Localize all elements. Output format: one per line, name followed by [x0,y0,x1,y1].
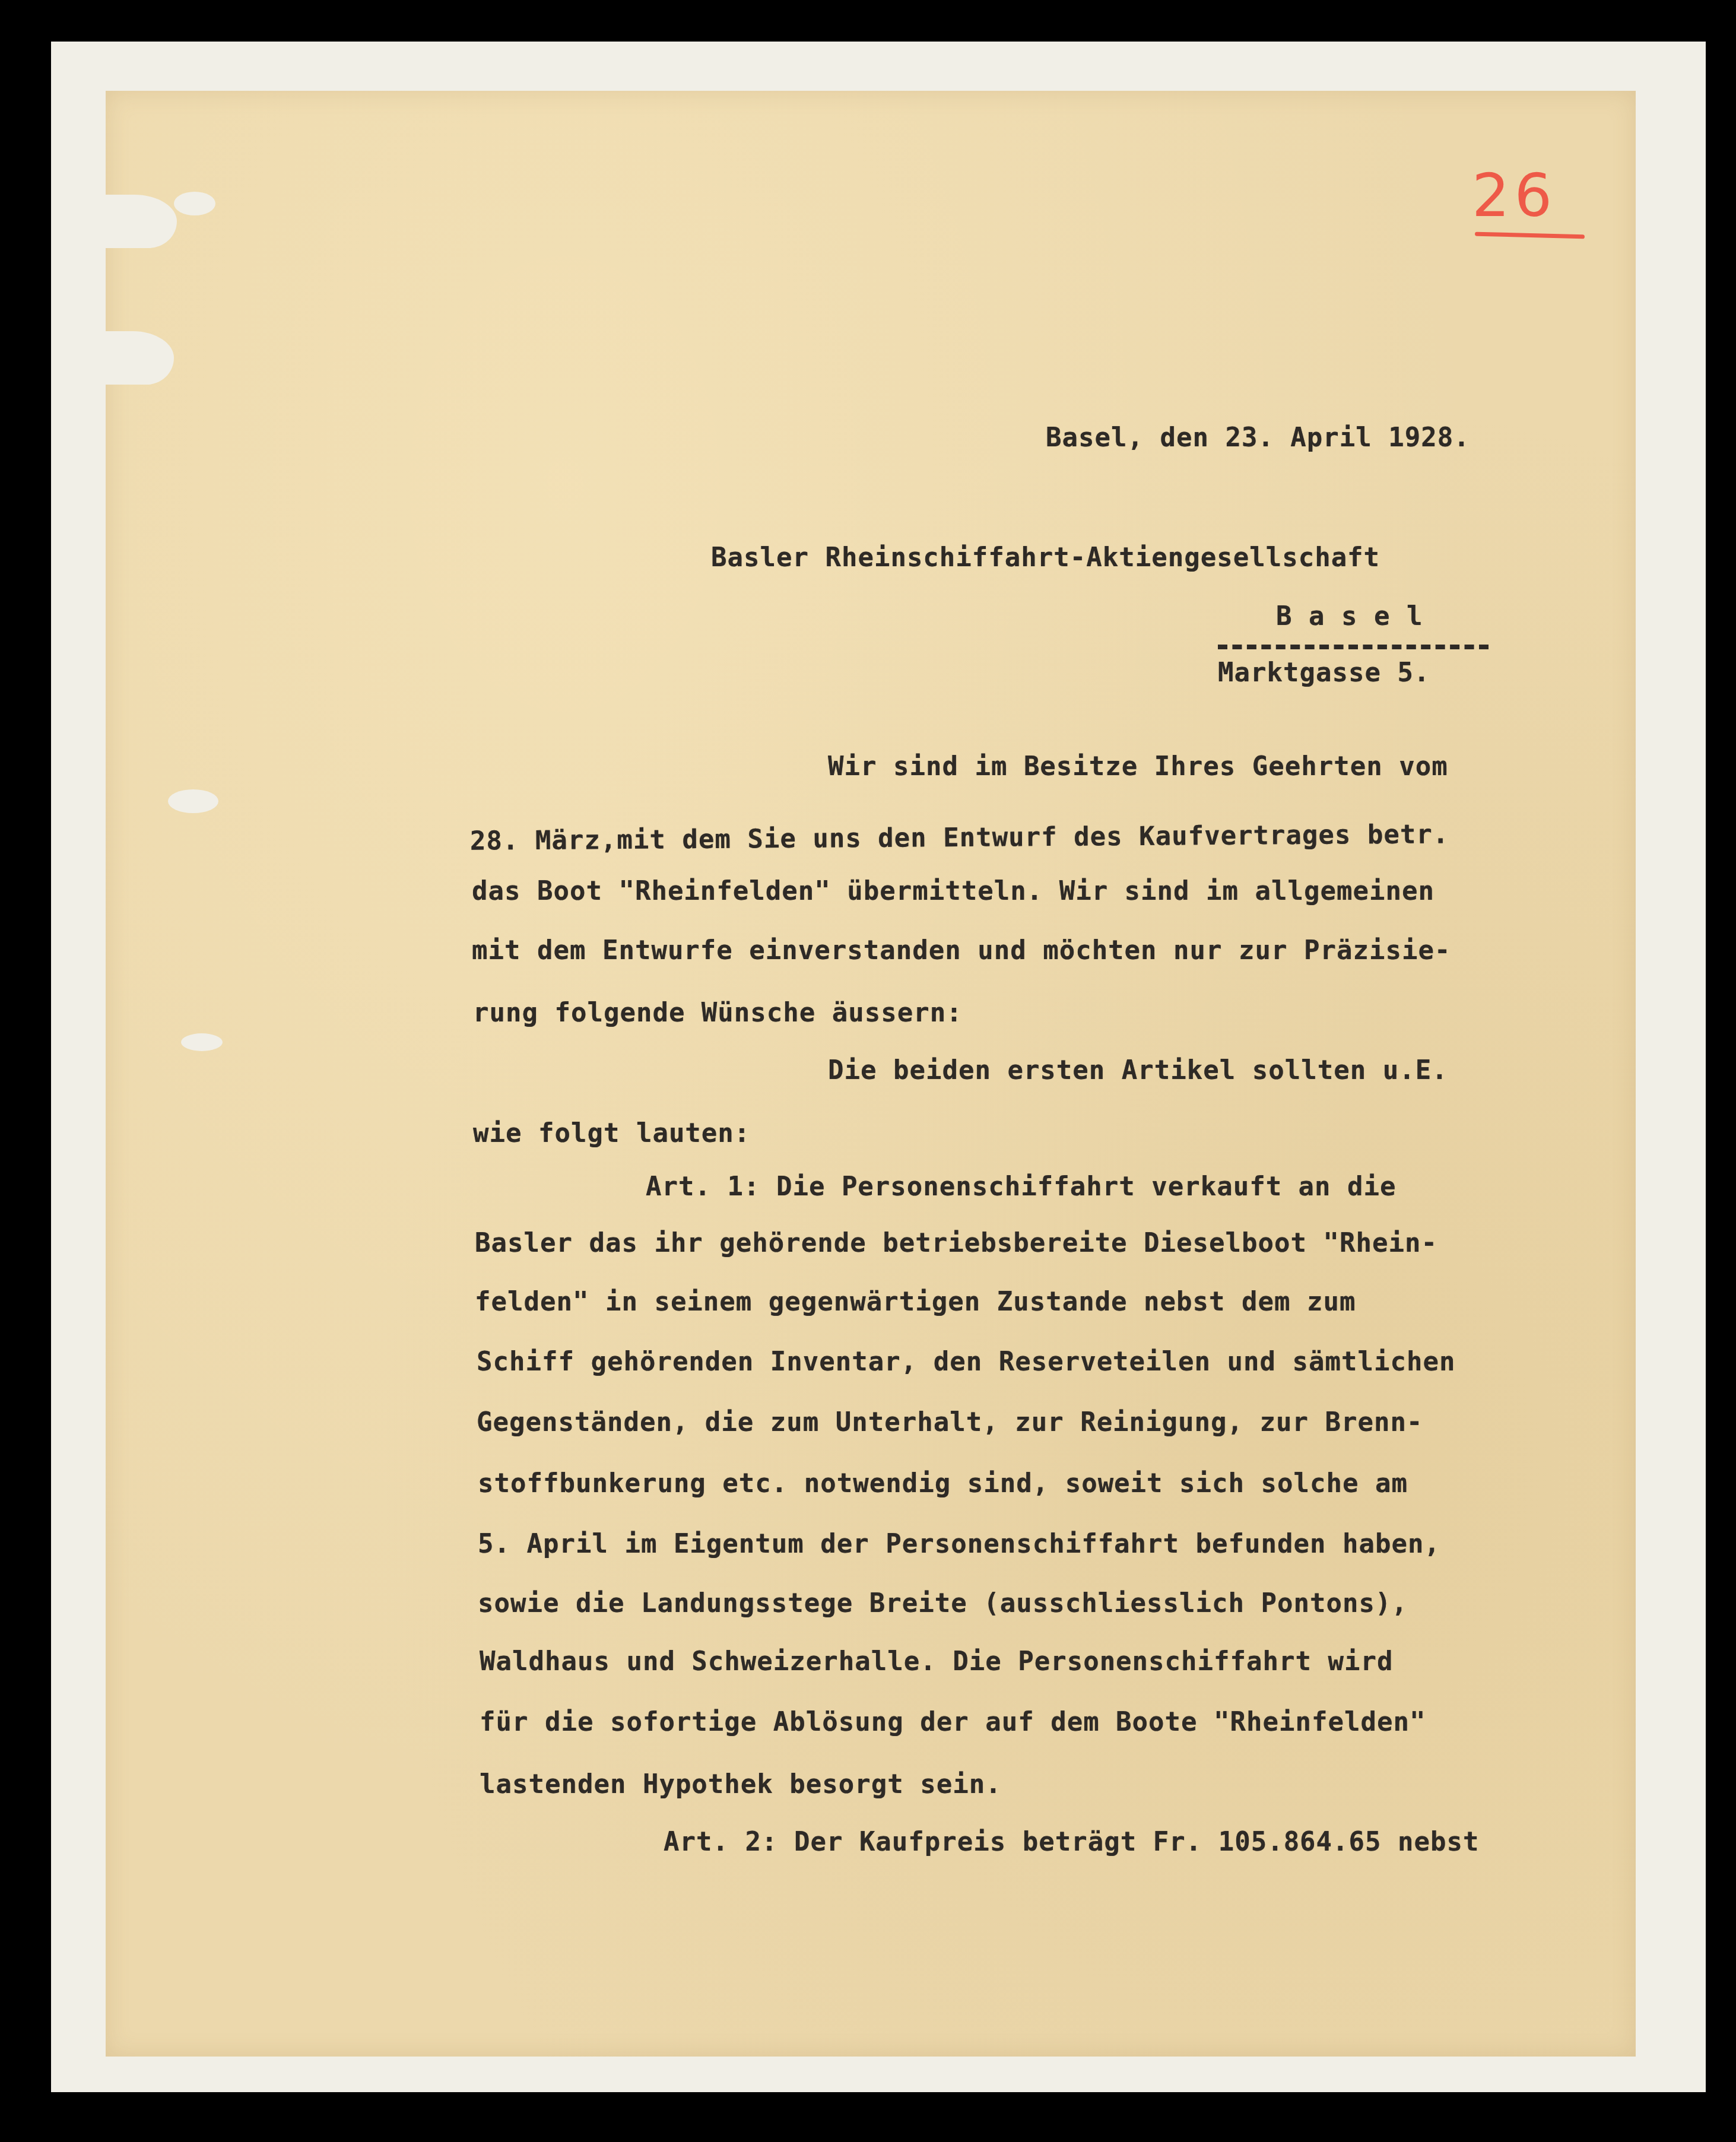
body-line: das Boot "Rheinfelden" übermitteln. Wir … [472,878,1434,905]
body-line: Wir sind im Besitze Ihres Geehrten vom [828,754,1448,780]
recipient-name: Basler Rheinschiffahrt-Aktiengesellschaf… [711,545,1380,571]
body-line: wie folgt lauten: [473,1121,750,1147]
body-line: mit dem Entwurfe einverstanden und möcht… [472,938,1451,964]
recipient-city-underline [1218,645,1489,649]
page-number-annotation: 26 [1472,166,1557,226]
torn-punch-hole-top [106,195,177,248]
body-line: rung folgende Wünsche äussern: [473,1000,963,1026]
body-line: 5. April im Eigentum der Personenschiffa… [478,1531,1440,1557]
body-line: Basler das ihr gehörende betriebsbereite… [475,1230,1437,1256]
torn-punch-hole-top-fragment [174,192,215,215]
body-line: sowie die Landungsstege Breite (ausschli… [478,1591,1408,1617]
article-2-heading-line: Art. 2: Der Kaufpreis beträgt Fr. 105.86… [664,1829,1480,1855]
body-line: Schiff gehörenden Inventar, den Reservet… [477,1349,1455,1375]
body-line: Die beiden ersten Artikel sollten u.E. [828,1058,1448,1084]
body-line: Gegenständen, die zum Unterhalt, zur Rei… [477,1410,1423,1436]
body-line: felden" in seinem gegenwärtigen Zustande… [475,1289,1356,1315]
article-1-heading-line: Art. 1: Die Personenschiffahrt verkauft … [646,1174,1397,1200]
body-line: für die sofortige Ablösung der auf dem B… [480,1709,1426,1735]
recipient-street: Marktgasse 5. [1218,660,1430,686]
body-line: 28. März,mit dem Sie uns den Entwurf des… [470,821,1449,855]
punch-hole-middle [168,789,218,813]
body-line: Waldhaus und Schweizerhalle. Die Persone… [480,1649,1393,1675]
body-line: lastenden Hypothek besorgt sein. [480,1772,1002,1798]
recipient-city: B a s e l [1276,604,1423,630]
torn-punch-hole-upper [106,331,174,385]
body-line: stoffbunkerung etc. notwendig sind, sowe… [478,1471,1408,1497]
punch-hole-lower [181,1033,223,1051]
date-line: Basel, den 23. April 1928. [1046,425,1470,451]
